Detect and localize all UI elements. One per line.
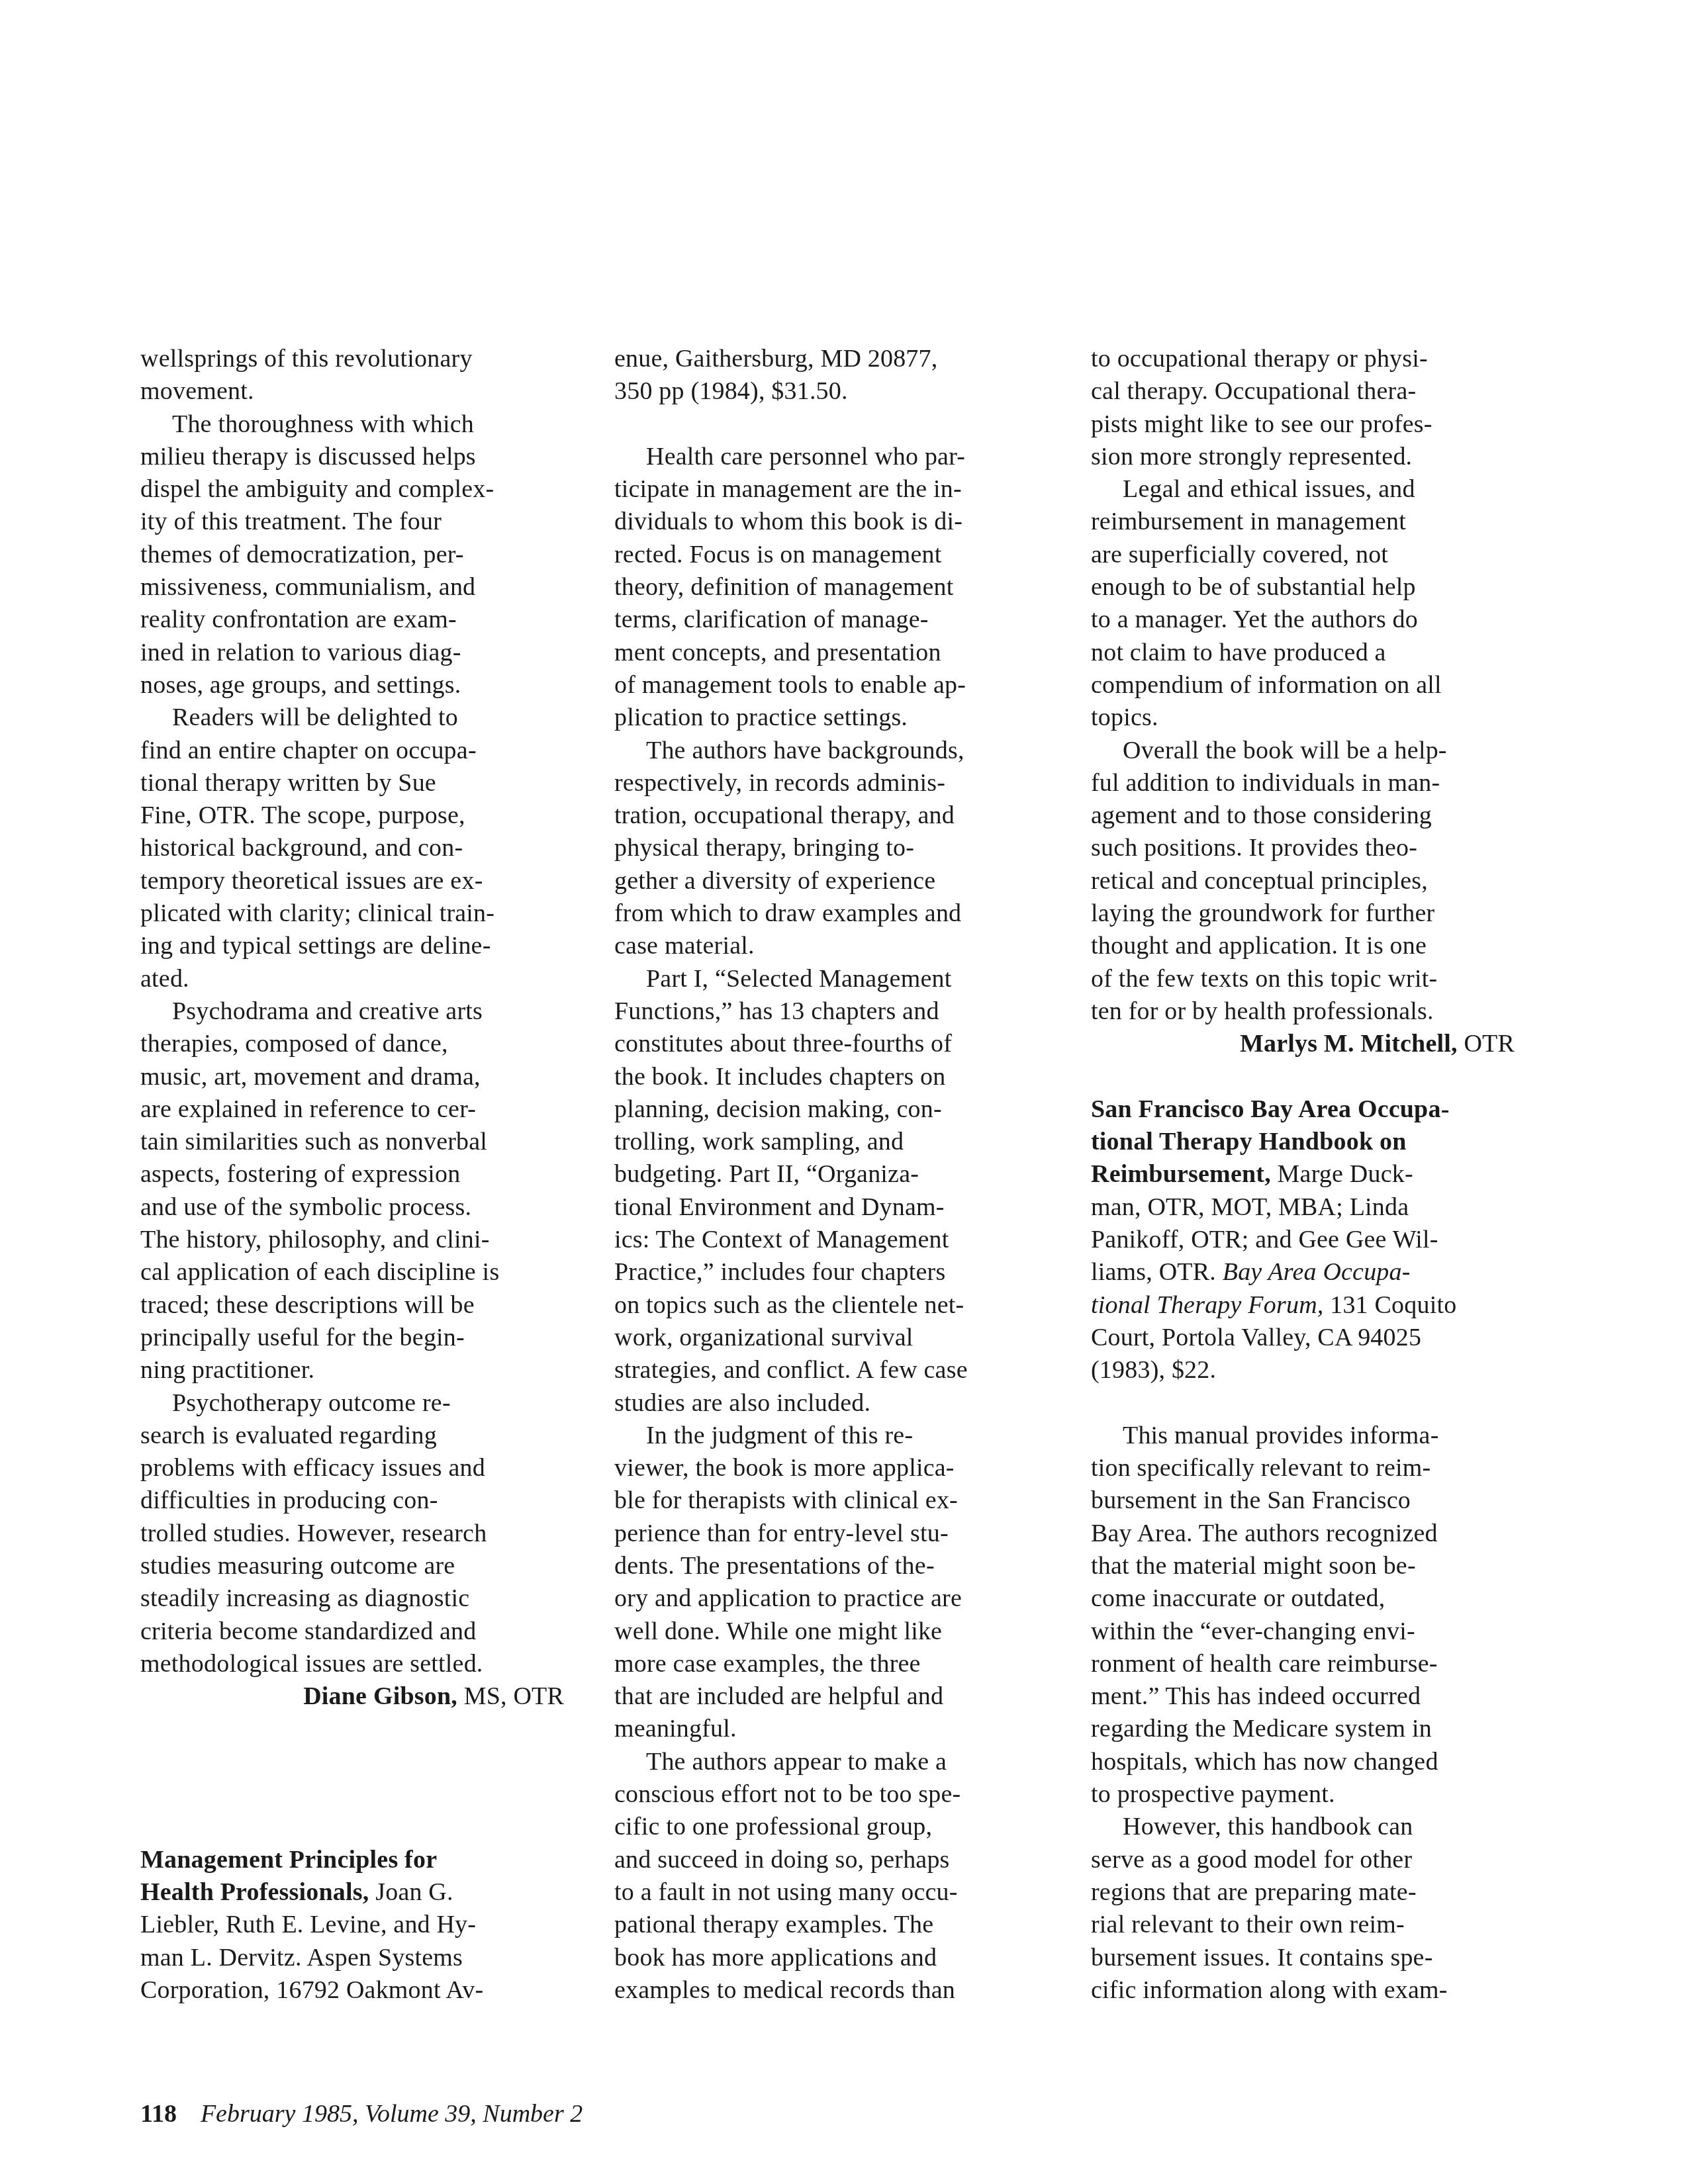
body-line: to a fault in not using many occu-: [614, 1876, 1038, 1909]
body-line: aspects, fostering of expression: [140, 1158, 564, 1191]
body-line: the book. It includes chapters on: [614, 1061, 1038, 1093]
body-line: laying the groundwork for further: [1091, 897, 1515, 930]
reviewer-credentials: OTR: [1458, 1030, 1515, 1058]
book-title-cont: Health Professionals,: [140, 1878, 369, 1906]
body-line: plication to practice settings.: [614, 702, 1038, 734]
body-line: Practice,” includes four chapters: [614, 1256, 1038, 1289]
body-line: tional therapy written by Sue: [140, 767, 564, 799]
body-line: cal therapy. Occupational thera-: [1091, 375, 1515, 408]
body-line: cific to one professional group,: [614, 1811, 1038, 1843]
body-line: perience than for entry-level stu-: [614, 1518, 1038, 1550]
body-line: that are included are helpful and: [614, 1680, 1038, 1713]
body-line: steadily increasing as diagnostic: [140, 1582, 564, 1615]
body-line: ticipate in management are the in-: [614, 473, 1038, 506]
body-line: tion specifically relevant to reim-: [1091, 1452, 1515, 1484]
body-line: respectively, in records adminis-: [614, 767, 1038, 799]
body-line: dents. The presentations of the-: [614, 1550, 1038, 1582]
body-line: such positions. It provides theo-: [1091, 832, 1515, 864]
column-right: to occupational therapy or physi- cal th…: [1091, 343, 1515, 2007]
body-line: The history, philosophy, and clini-: [140, 1224, 564, 1256]
body-line: are superficially covered, not: [1091, 539, 1515, 571]
body-line: meaningful.: [614, 1713, 1038, 1745]
publisher-name: tional Therapy Forum,: [1091, 1291, 1323, 1319]
body-line: pists might like to see our profes-: [1091, 408, 1515, 441]
body-line: enough to be of substantial help: [1091, 571, 1515, 604]
body-line: topics.: [1091, 702, 1515, 734]
citation-line: 350 pp (1984), $31.50.: [614, 375, 1038, 408]
paragraph-start: Readers will be delighted to: [140, 702, 564, 734]
body-line: rial relevant to their own reim-: [1091, 1909, 1515, 1941]
book-title: San Francisco Bay Area Occupa-: [1091, 1093, 1515, 1126]
body-line: conscious effort not to be too spe-: [614, 1778, 1038, 1811]
paragraph-start: Psychodrama and creative arts: [140, 995, 564, 1028]
body-line: well done. While one might like: [614, 1615, 1038, 1648]
body-line: viewer, the book is more applica-: [614, 1452, 1038, 1484]
body-line: budgeting. Part II, “Organiza-: [614, 1158, 1038, 1191]
citation-line: man, OTR, MOT, MBA; Linda: [1091, 1191, 1515, 1224]
paragraph-start: Health care personnel who par-: [614, 441, 1038, 473]
body-line: work, organizational survival: [614, 1322, 1038, 1354]
body-line: dispel the ambiguity and complex-: [140, 473, 564, 506]
paragraph-start: Part I, “Selected Management: [614, 963, 1038, 995]
page-footer: 118February 1985, Volume 39, Number 2: [140, 2099, 583, 2128]
body-line: thought and application. It is one: [1091, 930, 1515, 962]
body-line: trolled studies. However, research: [140, 1518, 564, 1550]
body-line: tration, occupational therapy, and: [614, 799, 1038, 832]
column-left: wellsprings of this revolutionary moveme…: [140, 343, 564, 2007]
body-line: difficulties in producing con-: [140, 1484, 564, 1517]
citation-line: Panikoff, OTR; and Gee Gee Wil-: [1091, 1224, 1515, 1256]
citation-line: Liebler, Ruth E. Levine, and Hy-: [140, 1909, 564, 1941]
body-line: ronment of health care reimburse-: [1091, 1648, 1515, 1680]
paragraph-start: Legal and ethical issues, and: [1091, 473, 1515, 506]
body-line: cal application of each discipline is: [140, 1256, 564, 1289]
book-title-line: Health Professionals, Joan G.: [140, 1876, 564, 1909]
column-middle: enue, Gaithersburg, MD 20877, 350 pp (19…: [614, 343, 1038, 2007]
reviewer-credentials: MS, OTR: [457, 1682, 564, 1710]
body-line: terms, clarification of manage-: [614, 604, 1038, 636]
body-line: compendium of information on all: [1091, 669, 1515, 702]
body-line: planning, decision making, con-: [614, 1093, 1038, 1126]
body-line: on topics such as the clientele net-: [614, 1289, 1038, 1322]
body-line: gether a diversity of experience: [614, 865, 1038, 897]
body-line: tional Environment and Dynam-: [614, 1191, 1038, 1224]
reviewer-name: Marlys M. Mitchell,: [1240, 1030, 1458, 1058]
body-line: sion more strongly represented.: [1091, 441, 1515, 473]
body-line: and use of the symbolic process.: [140, 1191, 564, 1224]
journal-page: wellsprings of this revolutionary moveme…: [0, 0, 1688, 2184]
body-line: within the “ever-changing envi-: [1091, 1615, 1515, 1648]
body-line: examples to medical records than: [614, 1974, 1038, 2007]
body-line: methodological issues are settled.: [140, 1648, 564, 1680]
body-line: to a manager. Yet the authors do: [1091, 604, 1515, 636]
body-line: ated.: [140, 963, 564, 995]
body-line: plicated with clarity; clinical train-: [140, 897, 564, 930]
body-line: of management tools to enable ap-: [614, 669, 1038, 702]
body-line: ful addition to individuals in man-: [1091, 767, 1515, 799]
paragraph-start: This manual provides informa-: [1091, 1420, 1515, 1452]
body-line: to occupational therapy or physi-: [1091, 343, 1515, 375]
body-line: cific information along with exam-: [1091, 1974, 1515, 2007]
paragraph-start: The authors appear to make a: [614, 1746, 1038, 1778]
body-line: music, art, movement and drama,: [140, 1061, 564, 1093]
body-line: regions that are preparing mate-: [1091, 1876, 1515, 1909]
book-authors: Marge Duck-: [1271, 1160, 1413, 1188]
body-line: movement.: [140, 375, 564, 408]
body-line: rected. Focus is on management: [614, 539, 1038, 571]
body-line: pational therapy examples. The: [614, 1909, 1038, 1941]
body-line: therapies, composed of dance,: [140, 1028, 564, 1060]
body-line: reality confrontation are exam-: [140, 604, 564, 636]
citation-line: (1983), $22.: [1091, 1354, 1515, 1387]
citation-line: tional Therapy Forum, 131 Coquito: [1091, 1289, 1515, 1322]
body-line: physical therapy, bringing to-: [614, 832, 1038, 864]
body-line: serve as a good model for other: [1091, 1844, 1515, 1876]
body-line: ment concepts, and presentation: [614, 637, 1038, 669]
body-line: trolling, work sampling, and: [614, 1126, 1038, 1158]
body-line: tain similarities such as nonverbal: [140, 1126, 564, 1158]
body-line: studies are also included.: [614, 1387, 1038, 1420]
book-title-cont: Reimbursement,: [1091, 1160, 1271, 1188]
body-line: problems with efficacy issues and: [140, 1452, 564, 1484]
citation-line: Corporation, 16792 Oakmont Av-: [140, 1974, 564, 2007]
body-line: case material.: [614, 930, 1038, 962]
page-number: 118: [140, 2100, 177, 2128]
body-line: ics: The Context of Management: [614, 1224, 1038, 1256]
body-line: ined in relation to various diag-: [140, 637, 564, 669]
publisher-name: Bay Area Occupa-: [1223, 1258, 1411, 1286]
body-line: more case examples, the three: [614, 1648, 1038, 1680]
body-line: bursement in the San Francisco: [1091, 1484, 1515, 1517]
body-line: strategies, and conflict. A few case: [614, 1354, 1038, 1387]
citation-line: man L. Dervitz. Aspen Systems: [140, 1942, 564, 1974]
paragraph-start: Overall the book will be a help-: [1091, 735, 1515, 767]
paragraph-start: The thoroughness with which: [140, 408, 564, 441]
body-line: and succeed in doing so, perhaps: [614, 1844, 1038, 1876]
body-line: tempory theoretical issues are ex-: [140, 865, 564, 897]
body-line: traced; these descriptions will be: [140, 1289, 564, 1322]
citation-line: enue, Gaithersburg, MD 20877,: [614, 343, 1038, 375]
body-line: reimbursement in management: [1091, 506, 1515, 538]
body-line: agement and to those considering: [1091, 799, 1515, 832]
citation-line: liams, OTR. Bay Area Occupa-: [1091, 1256, 1515, 1289]
paragraph-start: The authors have backgrounds,: [614, 735, 1038, 767]
body-line: hospitals, which has now changed: [1091, 1746, 1515, 1778]
body-line: ory and application to practice are: [614, 1582, 1038, 1615]
body-line: not claim to have produced a: [1091, 637, 1515, 669]
book-authors: Joan G.: [369, 1878, 453, 1906]
body-line: bursement issues. It contains spe-: [1091, 1942, 1515, 1974]
body-line: that the material might soon be-: [1091, 1550, 1515, 1582]
body-line: book has more applications and: [614, 1942, 1038, 1974]
body-line: historical background, and con-: [140, 832, 564, 864]
body-line: ten for or by health professionals.: [1091, 995, 1515, 1028]
body-line: studies measuring outcome are: [140, 1550, 564, 1582]
body-line: missiveness, communialism, and: [140, 571, 564, 604]
body-line: Bay Area. The authors recognized: [1091, 1518, 1515, 1550]
body-line: ment.” This has indeed occurred: [1091, 1680, 1515, 1713]
body-line: criteria become standardized and: [140, 1615, 564, 1648]
citation-line: Court, Portola Valley, CA 94025: [1091, 1322, 1515, 1354]
body-line: ble for therapists with clinical ex-: [614, 1484, 1038, 1517]
body-line: from which to draw examples and: [614, 897, 1038, 930]
body-line: ity of this treatment. The four: [140, 506, 564, 538]
reviewer-name: Diane Gibson,: [303, 1682, 457, 1710]
body-line: theory, definition of management: [614, 571, 1038, 604]
body-line: come inaccurate or outdated,: [1091, 1582, 1515, 1615]
body-line: search is evaluated regarding: [140, 1420, 564, 1452]
body-line: retical and conceptual principles,: [1091, 865, 1515, 897]
body-line: are explained in reference to cer-: [140, 1093, 564, 1126]
body-line: principally useful for the begin-: [140, 1322, 564, 1354]
body-line: themes of democratization, per-: [140, 539, 564, 571]
body-line: milieu therapy is discussed helps: [140, 441, 564, 473]
body-line: of the few texts on this topic writ-: [1091, 963, 1515, 995]
book-title-cont: tional Therapy Handbook on: [1091, 1126, 1515, 1158]
body-line: dividuals to whom this book is di-: [614, 506, 1038, 538]
book-title: Management Principles for: [140, 1844, 564, 1876]
body-line: Functions,” has 13 chapters and: [614, 995, 1038, 1028]
issue-info: February 1985, Volume 39, Number 2: [201, 2100, 583, 2128]
body-line: to prospective payment.: [1091, 1778, 1515, 1811]
body-line: regarding the Medicare system in: [1091, 1713, 1515, 1745]
body-line: constitutes about three-fourths of: [614, 1028, 1038, 1060]
reviewer-signature: Marlys M. Mitchell, OTR: [1091, 1028, 1515, 1060]
body-line: ing and typical settings are deline-: [140, 930, 564, 962]
body-line: Fine, OTR. The scope, purpose,: [140, 799, 564, 832]
paragraph-start: In the judgment of this re-: [614, 1420, 1038, 1452]
body-line: find an entire chapter on occupa-: [140, 735, 564, 767]
reviewer-signature: Diane Gibson, MS, OTR: [140, 1680, 564, 1713]
paragraph-start: However, this handbook can: [1091, 1811, 1515, 1843]
paragraph-start: Psychotherapy outcome re-: [140, 1387, 564, 1420]
book-title-line: Reimbursement, Marge Duck-: [1091, 1158, 1515, 1191]
body-line: wellsprings of this revolutionary: [140, 343, 564, 375]
body-line: noses, age groups, and settings.: [140, 669, 564, 702]
body-line: ning practitioner.: [140, 1354, 564, 1387]
